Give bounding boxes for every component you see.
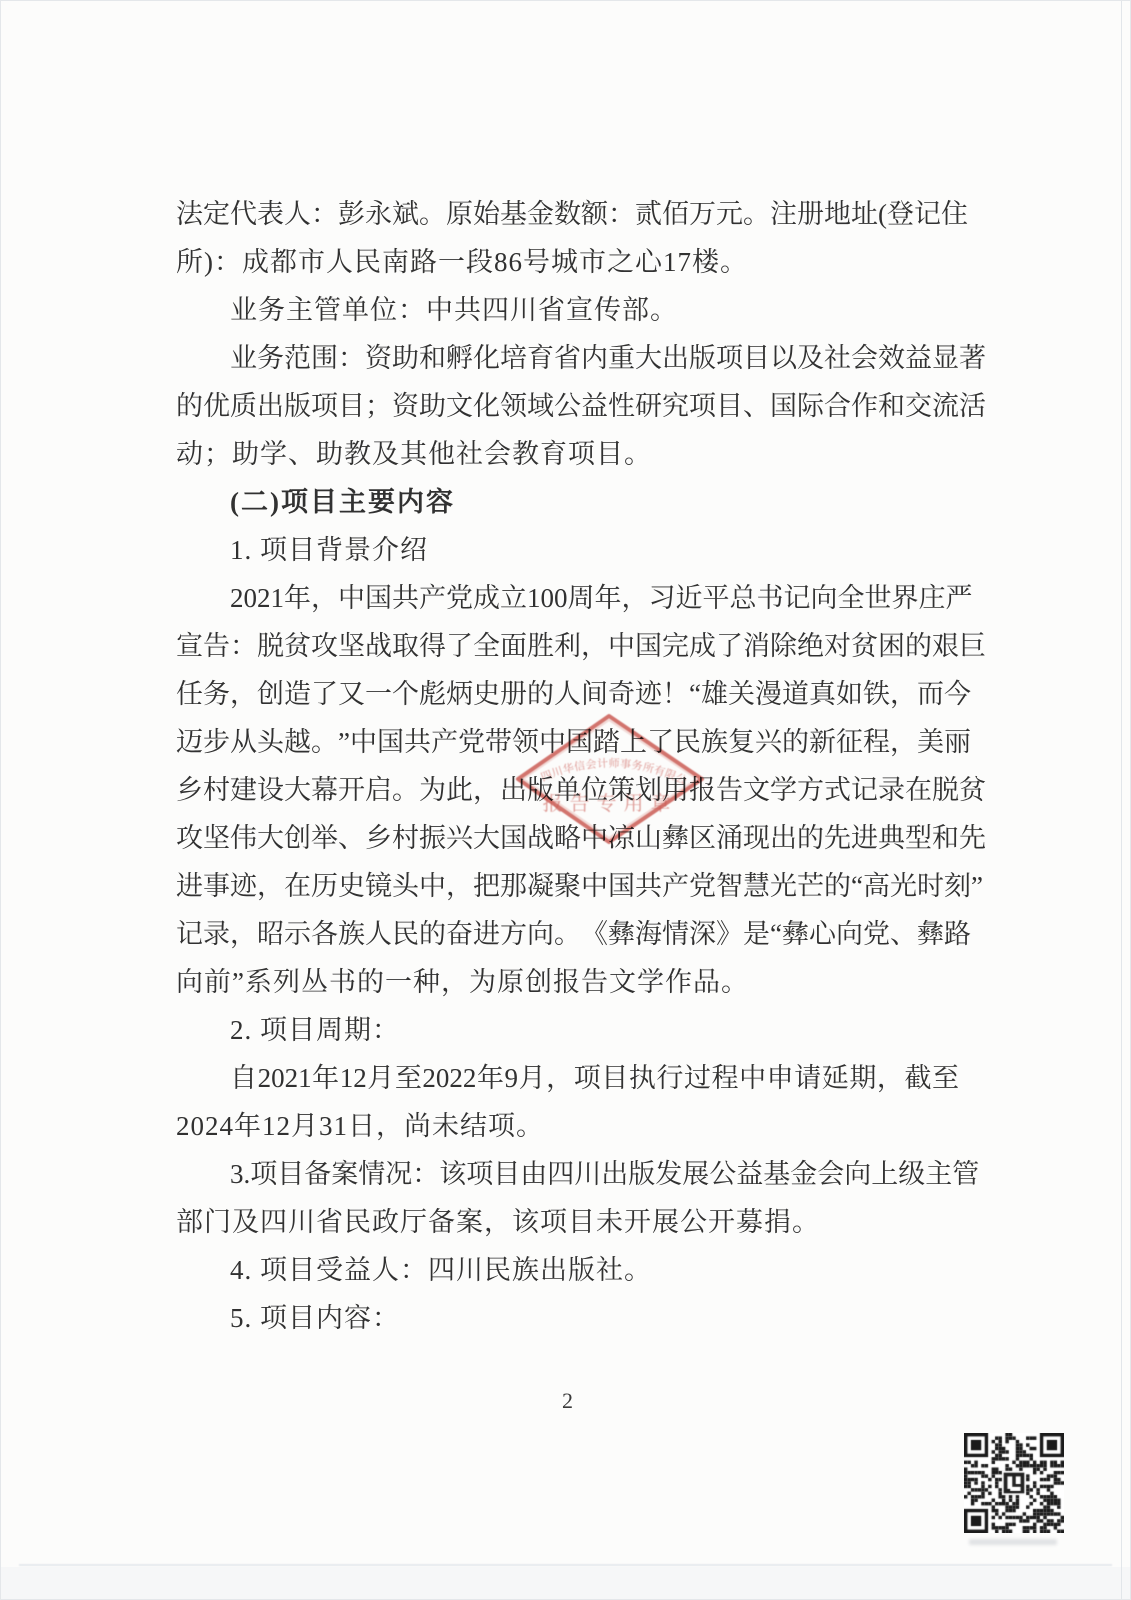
qr-code	[964, 1433, 1064, 1533]
text-line: 宣告：脱贫攻坚战取得了全面胜利，中国完成了消除绝对贫困的艰巨	[176, 622, 959, 670]
page-bottom-margin	[1, 1567, 1130, 1599]
qr-caption	[969, 1539, 1057, 1545]
text-line: 2024年12月31日，尚未结项。	[176, 1102, 959, 1150]
text-line: 业务范围：资助和孵化培育省内重大出版项目以及社会效益显著	[176, 334, 959, 382]
text-line: 5. 项目内容：	[176, 1294, 959, 1342]
text-line: 法定代表人：彭永斌。原始基金数额：贰佰万元。注册地址(登记住	[176, 190, 959, 238]
text-line: 所)：成都市人民南路一段86号城市之心17楼。	[176, 238, 959, 286]
text-line: 向前”系列丛书的一种，为原创报告文学作品。	[176, 958, 959, 1006]
qr-code-image	[964, 1433, 1064, 1533]
text-line: 1. 项目背景介绍	[176, 526, 959, 574]
text-line: 3. 项目备案情况：该项目由四川出版发展公益基金会向上级主管	[176, 1150, 959, 1198]
page-number: 2	[176, 1388, 959, 1414]
text-line: 记录，昭示各族人民的奋进方向。《彝海情深》是“彝心向党、彝路	[176, 910, 959, 958]
report-seal-stamp: 四川华信会计师事务所有限公司 报告专用章	[511, 709, 709, 849]
text-line: 动；助学、助教及其他社会教育项目。	[176, 430, 959, 478]
text-line: 自2021年12月至2022年9月，项目执行过程中申请延期，截至	[176, 1054, 959, 1102]
document-page: 法定代表人：彭永斌。原始基金数额：贰佰万元。注册地址(登记住所)：成都市人民南路…	[0, 0, 1131, 1600]
text-line: 2021年，中国共产党成立100周年，习近平总书记向全世界庄严	[176, 574, 959, 622]
text-line: 部门及四川省民政厅备案，该项目未开展公开募捐。	[176, 1198, 959, 1246]
text-line: 的优质出版项目；资助文化领域公益性研究项目、国际合作和交流活	[176, 382, 959, 430]
scan-artifact-line	[19, 1564, 1112, 1566]
text-line: 2. 项目周期：	[176, 1006, 959, 1054]
text-line: 进事迹，在历史镜头中，把那凝聚中国共产党智慧光芒的“高光时刻”	[176, 862, 959, 910]
stamp-seal-text: 报告专用章	[543, 792, 678, 815]
text-line: 业务主管单位：中共四川省宣传部。	[176, 286, 959, 334]
text-line: 4. 项目受益人：四川民族出版社。	[176, 1246, 959, 1294]
text-line: (二)项目主要内容	[176, 478, 959, 526]
